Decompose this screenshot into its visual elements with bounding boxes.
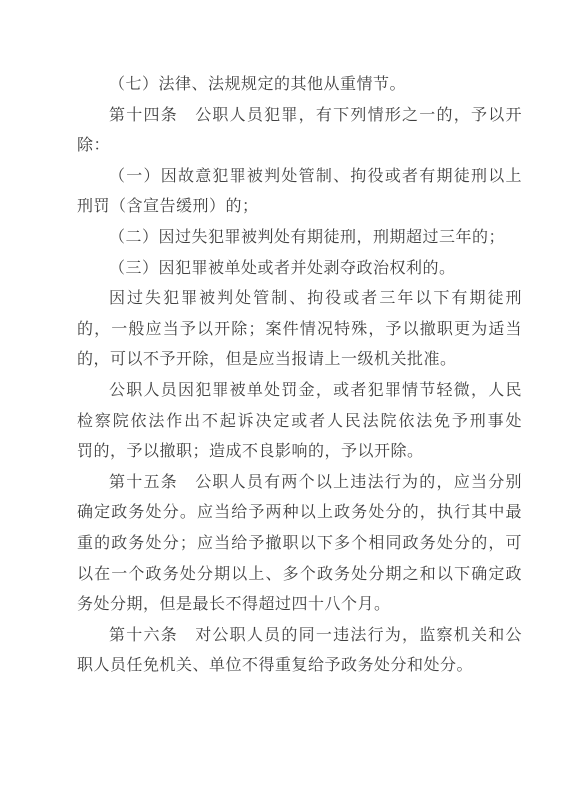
text-line-article-15-cont-3: 以在一个政务处分期以上、多个政务处分期之和以下确定政	[77, 560, 522, 591]
text-line-article-15-cont-2: 重的政务处分；应当给予撤职以下多个相同政务处分的，可	[77, 529, 522, 560]
text-line-article-15-cont-1: 确定政务处分。应当给予两种以上政务处分的，执行其中最	[77, 498, 522, 529]
text-line-article-14-para-2-cont-2: 的，可以不予开除，但是应当报请上一级机关批准。	[77, 345, 522, 376]
document-page: （七）法律、法规规定的其他从重情节。 第十四条 公职人员犯罪，有下列情形之一的，…	[0, 0, 565, 800]
text-line-article-14-para-3: 公职人员因犯罪被单处罚金，或者犯罪情节轻微，人民	[77, 376, 522, 407]
text-line-article-15-cont-4: 务处分期，但是最长不得超过四十八个月。	[77, 590, 522, 621]
text-line-article-14-item-2: （二）因过失犯罪被判处有期徒刑，刑期超过三年的；	[77, 223, 522, 254]
text-line-article-14-item-3: （三）因犯罪被单处或者并处剥夺政治权利的。	[77, 254, 522, 285]
text-line-article-14-para-2: 因过失犯罪被判处管制、拘役或者三年以下有期徒刑	[77, 284, 522, 315]
document-text-block: （七）法律、法规规定的其他从重情节。 第十四条 公职人员犯罪，有下列情形之一的，…	[77, 70, 522, 682]
text-line-article-14-opening-cont: 除：	[77, 131, 522, 162]
text-line-article-14-item-1-cont: 刑罚（含宣告缓刑）的；	[77, 192, 522, 223]
text-line-article-14-item-1: （一）因故意犯罪被判处管制、拘役或者有期徒刑以上	[77, 162, 522, 193]
text-line-article-14-para-3-cont-2: 罚的，予以撤职；造成不良影响的，予以开除。	[77, 437, 522, 468]
text-line-article-14-opening: 第十四条 公职人员犯罪，有下列情形之一的，予以开	[77, 101, 522, 132]
text-line-article-14-para-2-cont-1: 的，一般应当予以开除；案件情况特殊，予以撤职更为适当	[77, 315, 522, 346]
text-line-article-16-opening: 第十六条 对公职人员的同一违法行为，监察机关和公	[77, 621, 522, 652]
text-line-article-14-para-3-cont-1: 检察院依法作出不起诉决定或者人民法院依法免予刑事处	[77, 407, 522, 438]
text-line-article-15-opening: 第十五条 公职人员有两个以上违法行为的，应当分别	[77, 468, 522, 499]
text-line-item-7-other-circumstances: （七）法律、法规规定的其他从重情节。	[77, 70, 522, 101]
text-line-article-16-cont: 职人员任免机关、单位不得重复给予政务处分和处分。	[77, 651, 522, 682]
